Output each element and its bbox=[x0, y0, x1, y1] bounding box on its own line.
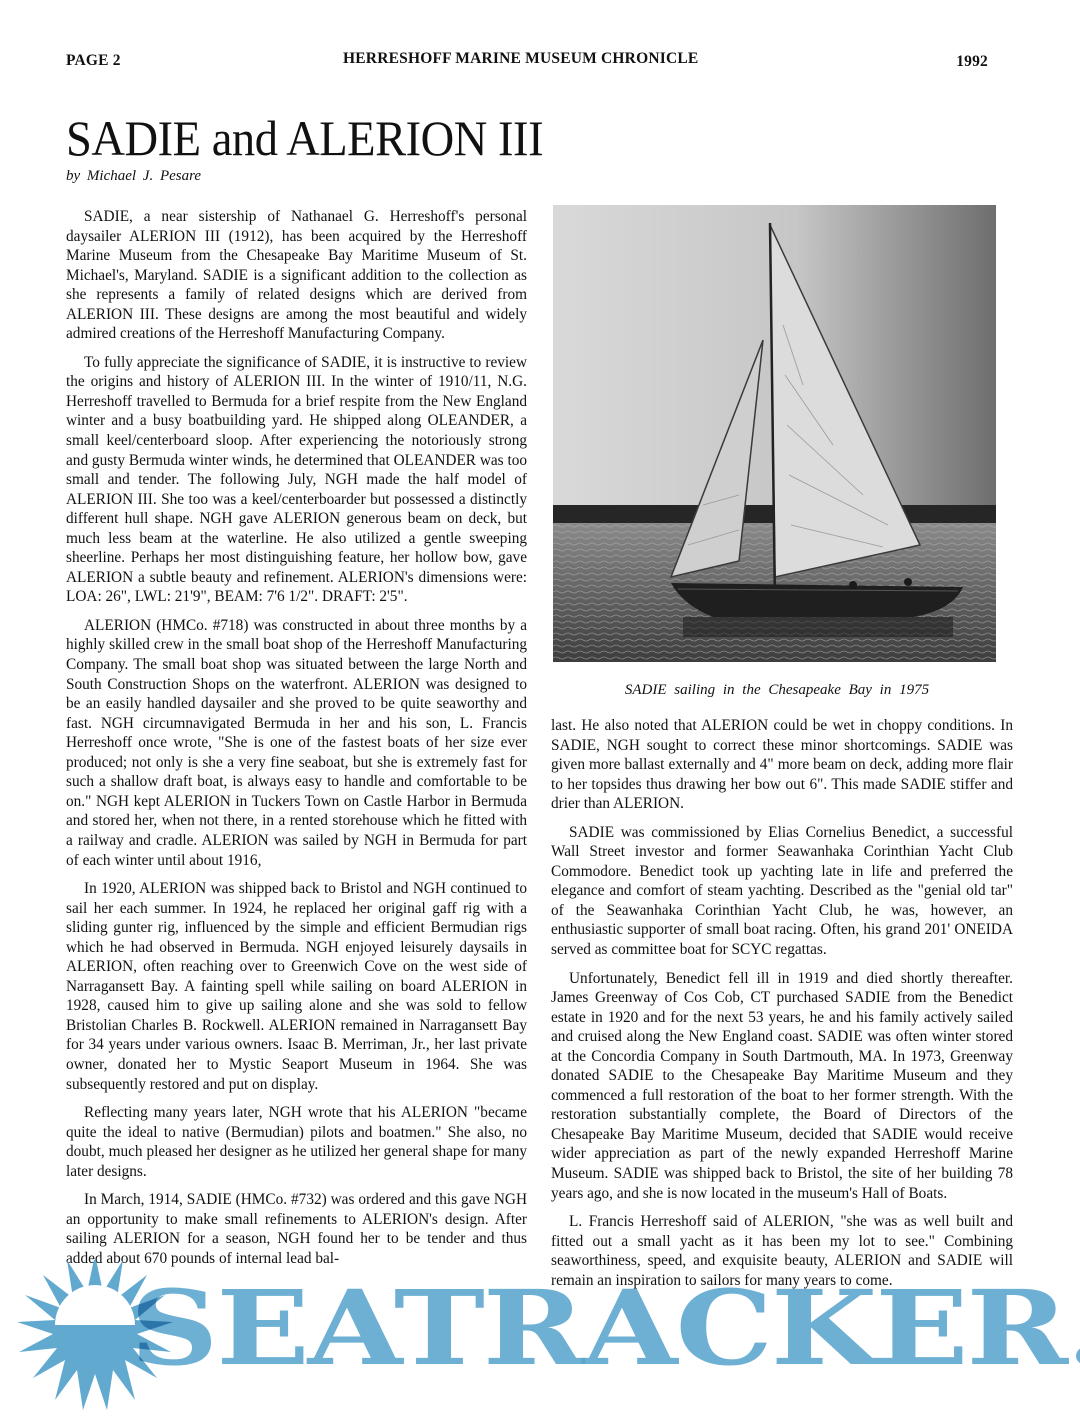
paragraph: last. He also noted that ALERION could b… bbox=[551, 716, 1013, 814]
page-number: PAGE 2 bbox=[66, 52, 121, 70]
left-column: SADIE, a near sistership of Nathanael G.… bbox=[66, 207, 527, 1277]
article-title: SADIE and ALERION III bbox=[66, 110, 543, 166]
paragraph: SADIE was commissioned by Elias Corneliu… bbox=[551, 823, 1013, 960]
right-column: last. He also noted that ALERION could b… bbox=[551, 716, 1013, 1299]
paragraph: SADIE, a near sistership of Nathanael G.… bbox=[66, 207, 527, 344]
publication-title: HERRESHOFF MARINE MUSEUM CHRONICLE bbox=[343, 50, 698, 68]
sailboat-illustration-icon bbox=[553, 205, 996, 662]
paragraph: In March, 1914, SADIE (HMCo. #732) was o… bbox=[66, 1190, 527, 1268]
photo-caption: SADIE sailing in the Chesapeake Bay in 1… bbox=[551, 682, 1003, 699]
paragraph: In 1920, ALERION was shipped back to Bri… bbox=[66, 879, 527, 1094]
paragraph: Reflecting many years later, NGH wrote t… bbox=[66, 1103, 527, 1181]
running-head: PAGE 2 HERRESHOFF MARINE MUSEUM CHRONICL… bbox=[66, 52, 988, 72]
sailboat-photo bbox=[553, 205, 996, 662]
paragraph: Unfortunately, Benedict fell ill in 1919… bbox=[551, 969, 1013, 1204]
paragraph: To fully appreciate the significance of … bbox=[66, 353, 527, 607]
paragraph: ALERION (HMCo. #718) was constructed in … bbox=[66, 616, 527, 870]
byline: by Michael J. Pesare bbox=[66, 168, 201, 185]
watermark-text: SEATRACKER.RU bbox=[130, 1277, 1080, 1380]
issue-year: 1992 bbox=[956, 53, 988, 71]
